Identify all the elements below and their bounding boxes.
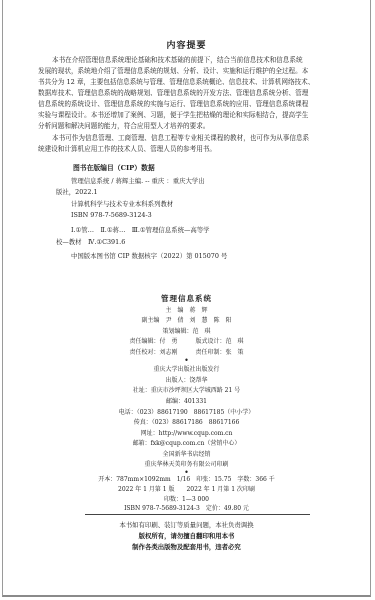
summary-title: 内容提要: [3, 38, 370, 51]
cip-title: 图书在版编目（CIP）数据: [73, 162, 155, 172]
text-line: 本书在介绍管理信息系统理论基础和技术基础的前提下，结合当前信息技术和信息系统: [38, 55, 350, 66]
text-line: 实验与课程设计。本书还增加了案例、习题，便于学生把枯燥的理论和实际相结合，提高学…: [38, 110, 350, 121]
deputy-editors: 副主编 尹 倩 刘 慧 陈 阳: [3, 315, 370, 324]
publisher-person: 出版人：饶帮华: [3, 375, 370, 384]
book-title: 管理信息系统: [3, 293, 370, 304]
proofreader-row: 责任校对：刘志刚 责任印制：张 策: [3, 347, 370, 356]
text-line: 数据库技术、管理信息系统的战略规划、管理信息系统的开发方法、管理信息系统分析、管…: [38, 88, 350, 99]
editor: 主 编 蒋 辉: [3, 305, 370, 314]
text-line: 本书可作为信息管理、工商管理、信息工程等专业相关课程的教材，也可作为从事信息系: [38, 133, 350, 144]
phone: 电话：（023）88617190 88617185（中小学）: [3, 407, 370, 416]
address: 社址：重庆市沙坪坝区大学城西路 21 号: [3, 385, 370, 394]
copyright-page: 内容提要 本书在介绍管理信息系统理论基础和技术基础的前提下，结合当前信息技术和信…: [2, 0, 371, 597]
website: 网址：http://www.cqup.com.cn: [3, 428, 370, 437]
cip-line: ISBN 978-7-5689-3124-3: [71, 211, 152, 219]
text-line: 信息系统的系统设计、管理信息系统的实施与运行、管理信息系统的应用、管理信息系统课…: [38, 99, 350, 110]
text-line: 发展的现状，系统地介绍了管理信息系统的规划、分析、设计、实施和运行维护的全过程。…: [38, 66, 350, 77]
divider-line: [85, 514, 310, 515]
cip-line: 计算机科学与技术专业本科系列教材: [71, 199, 173, 208]
distributor: 全国新华书店经销: [3, 449, 370, 458]
printer: 重庆华林天美印务有限公司印刷: [3, 459, 370, 468]
cip-line: 中国版本图书馆 CIP 数据核字（2022）第 015070 号: [71, 251, 227, 260]
cip-line: 校—教材 Ⅳ.①C391.6: [56, 237, 125, 246]
planning-editor: 策划编辑：范 琪: [3, 326, 370, 335]
summary-paragraph-2: 本书可作为信息管理、工商管理、信息工程等专业相关课程的教材，也可作为从事信息系 …: [38, 133, 350, 155]
rights-notice: 版权所有，请勿擅自翻印和用本书: [3, 531, 370, 540]
cip-line: 版社，2022.1: [56, 187, 98, 196]
fax: 传真：（023）88617186 88617166: [3, 417, 370, 426]
quality-notice: 本书如有印刷、装订等质量问题，本社负责调换: [3, 520, 370, 529]
book-specs: 开本：787mm×1092mm 1/16 印张：15.75 字数：366 千: [3, 474, 370, 483]
email: 邮箱：fxk@cqup.com.cn（营销中心）: [3, 438, 370, 447]
infringement-notice: 制作各类出版物及配套用书，违者必究: [3, 542, 370, 551]
text-line: 统建设和计算机应用工作的技术人员、管理人员的参考用书。: [38, 144, 350, 155]
responsible-editor-row: 责任编辑：付 勇 版式设计：范 琪: [3, 336, 370, 345]
publisher-line: 重庆大学出版社出版发行: [3, 364, 370, 373]
cip-line: 管理信息系统 / 蒋辉主编. -- 重庆 ：重庆大学出: [71, 176, 205, 185]
text-line: 分析问题和解决问题的能力，符合应用型人才培养的要求。: [38, 121, 350, 132]
text-line: 书共分为 12 章，主要包括信息系统与管理、管理信息系统概论、信息技术、计算机网…: [38, 77, 350, 88]
postcode: 邮编：401331: [3, 396, 370, 405]
isbn-price: ISBN 978-7-5689-3124-3 定价：49.80 元: [3, 503, 370, 512]
editions: 2022 年 1 月第 1 版 2022 年 1 月第 1 次印刷: [3, 484, 370, 493]
print-run: 印数：1—3 000: [3, 494, 370, 503]
cip-line: Ⅰ.①管… Ⅱ.①蒋… Ⅲ.①管理信息系统—高等学: [71, 225, 210, 234]
summary-paragraph-1: 本书在介绍管理信息系统理论基础和技术基础的前提下，结合当前信息技术和信息系统 发…: [38, 55, 350, 132]
